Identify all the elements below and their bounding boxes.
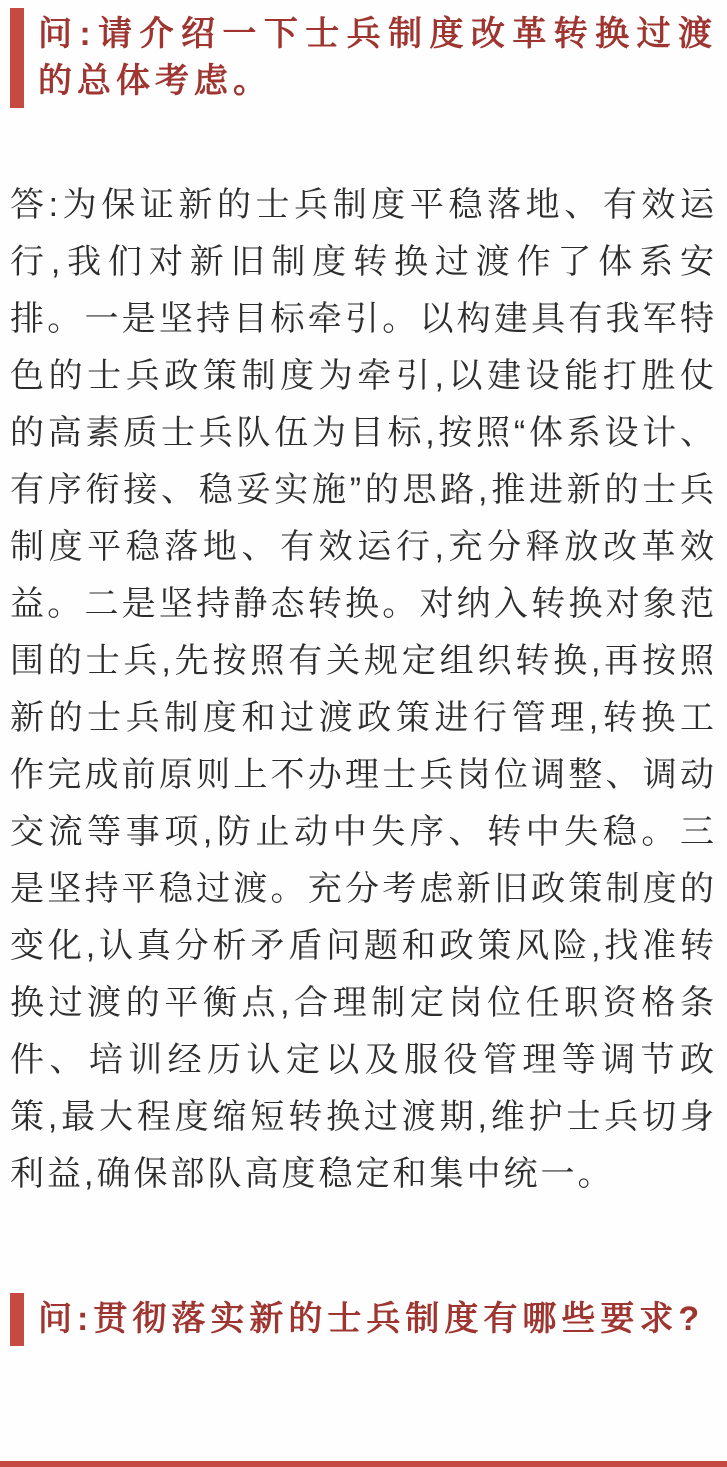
question-block-2: 问:贯彻落实新的士兵制度有哪些要求? bbox=[10, 1293, 717, 1346]
question-block-1: 问:请介绍一下士兵制度改革转换过渡的总体考虑。 bbox=[10, 8, 717, 108]
bottom-divider bbox=[0, 1461, 727, 1467]
answer-1-text: 答:为保证新的士兵制度平稳落地、有效运行,我们对新旧制度转换过渡作了体系安排。一… bbox=[10, 177, 717, 1203]
question-accent-bar bbox=[10, 1293, 24, 1346]
article-page: 问:请介绍一下士兵制度改革转换过渡的总体考虑。 答:为保证新的士兵制度平稳落地、… bbox=[0, 0, 727, 1346]
question-2-text: 问:贯彻落实新的士兵制度有哪些要求? bbox=[38, 1293, 717, 1346]
question-1-text: 问:请介绍一下士兵制度改革转换过渡的总体考虑。 bbox=[38, 8, 717, 108]
question-accent-bar bbox=[10, 8, 24, 108]
